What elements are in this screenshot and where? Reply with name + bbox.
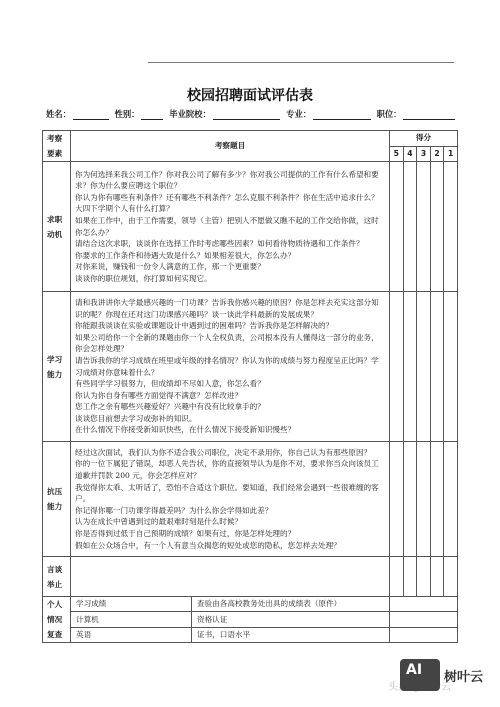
info-label: 专业： [286,108,311,120]
personal-check-result-cell[interactable] [390,597,458,612]
score-cell[interactable] [390,292,404,442]
personal-check-category: 个人情况复查 [43,597,71,643]
watermark: 头条 @树叶云 AI 树叶云 [398,656,498,696]
score-column-header: 4 [403,146,417,162]
personal-check-item: 英语 [71,627,192,642]
question-text: 有些同学学习很努力，但成绩却不尽如人意，你怎么看？ [75,378,386,390]
question-text: 你记得你哪一门功课学得最差吗？为什么你会学得如此差？ [75,505,386,517]
score-cell[interactable] [444,557,458,597]
question-text: 谈谈你的职位规划，你打算如何实现它。 [75,273,386,285]
section-questions: 请和我讲讲你大学最感兴趣的一门功课？告诉我你感兴趣的原因？你是怎样去充实这部分知… [71,292,390,442]
score-cell[interactable] [430,162,444,292]
personal-check-row: 计算机资格认证 [43,612,458,627]
evaluation-table: 考察要素 考察题目 得分 54321 求职动机你为何选择来我公司工作？你对我公司… [42,130,458,643]
section-row: 抗压能力经过这次面试，我们认为你不适合我公司职位，决定不录用你，你自己认为有那些… [43,442,458,557]
score-cell[interactable] [417,442,431,557]
header-score: 得分 [390,131,458,147]
question-text: 如果公司给你一个全新的课题由你一个人全权负责，公司根本没有人懂得这一部分的业务，… [75,332,386,355]
info-label: 职位： [377,108,402,120]
question-text: 谈谈您目前想去学习或弥补的知识。 [75,413,386,425]
question-text: 你是否得到过低于自己预期的成绩？如果有过，你是怎样处理的？ [75,528,386,540]
question-text: 请结合这次求职，谈谈你在选择工作时考虑哪些因素？如何看待物质待遇和工作条件？ [75,238,386,250]
info-label: 毕业院校： [169,108,211,120]
section-questions [71,557,390,597]
score-cell[interactable] [403,557,417,597]
header-question: 考察题目 [71,131,390,162]
section-row: 求职动机你为何选择来我公司工作？你对我公司了解有多少？你对我公司提供的工作有什么… [43,162,458,292]
header-category: 考察要素 [43,131,71,162]
info-blank-field[interactable] [403,110,455,120]
question-text: 假如在公众场合中，有一个人有意当众揭您的短处或您的隐私，您怎样去处理？ [75,540,386,552]
question-text: 你认为你自身有哪些方面觉得不满意？怎样改进？ [75,390,386,402]
info-blank-field[interactable] [73,110,109,120]
watermark-brand: 树叶云 [444,666,483,685]
score-cell[interactable] [430,442,444,557]
question-text: 我觉得你太乖、太听话了，恐怕不合适这个职位。要知道，我们经常会遇到一些很难缠的客… [75,482,386,505]
personal-check-item: 计算机 [71,612,192,627]
score-column-header: 3 [417,146,431,162]
personal-check-row: 英语证书，口语水平 [43,627,458,642]
section-category: 学习能力 [43,292,71,442]
question-text: 请和我讲讲你大学最感兴趣的一门功课？告诉我你感兴趣的原因？你是怎样去充实这部分知… [75,297,386,320]
question-text: 你的一位下属犯了错误，却恶人先告状，你的直接领导认为是你不对，要求你当众向该员工… [75,458,386,481]
info-blank-field[interactable] [313,110,370,120]
section-questions: 经过这次面试，我们认为你不适合我公司职位，决定不录用你，你自己认为有那些原因？你… [71,442,390,557]
personal-check-method: 资格认证 [192,612,390,627]
score-cell[interactable] [390,442,404,557]
section-category: 抗压能力 [43,442,71,557]
score-cell[interactable] [403,442,417,557]
question-text: 你能跟我谈谈在实验或课题设计中遇到过的困难吗？告诉我你是怎样解决的？ [75,320,386,332]
personal-check-method: 查验由各高校教务处出具的成绩表（原件） [192,597,390,612]
score-cell[interactable] [390,162,404,292]
personal-check-result-cell[interactable] [390,612,458,627]
question-text: 你认为你有哪些有利条件？还有哪些不利条件？怎么克服不利条件？你在生活中追求什么？… [75,192,386,215]
info-blank-field[interactable] [141,110,163,120]
score-column-header: 2 [430,146,444,162]
question-text: 你为何选择来我公司工作？你对我公司了解有多少？你对我公司提供的工作有什么希望和要… [75,169,386,192]
section-row: 学习能力请和我讲讲你大学最感兴趣的一门功课？告诉我你感兴趣的原因？你是怎样去充实… [43,292,458,442]
info-label: 姓名： [46,108,71,120]
question-text: 如果在工作中，由于工作需要，领导（主管）把别人不愿做又瞧不起的工作交给你做，这时… [75,215,386,238]
question-text: 经过这次面试，我们认为你不适合我公司职位，决定不录用你，你自己认为有那些原因？ [75,447,386,459]
question-text: 在什么情况下你接受新知识快些，在什么情况下接受新知识慢些？ [75,424,386,436]
score-column-header: 1 [444,146,458,162]
score-column-header: 5 [390,146,404,162]
score-cell[interactable] [430,292,444,442]
personal-check-method: 证书，口语水平 [192,627,390,642]
score-cell[interactable] [444,292,458,442]
score-cell[interactable] [444,442,458,557]
question-text: 认为在成长中曾遇到过的最艰难时刻是什么时候？ [75,516,386,528]
info-blank-field[interactable] [213,110,280,120]
score-cell[interactable] [417,162,431,292]
info-label: 性别： [115,108,140,120]
score-cell[interactable] [403,162,417,292]
question-text: 你要求的工作条件和待遇大致是什么？如果相差很大，你怎么办？ [75,250,386,262]
personal-check-result-cell[interactable] [390,627,458,642]
question-text: 请告诉我你的学习成绩在班里或年级的排名情况？你认为你的成绩与努力程度呈正比吗？学… [75,355,386,378]
score-cell[interactable] [417,292,431,442]
section-row: 言谈举止 [43,557,458,597]
score-cell[interactable] [390,557,404,597]
personal-check-row: 个人情况复查学习成绩查验由各高校教务处出具的成绩表（原件） [43,597,458,612]
score-cell[interactable] [430,557,444,597]
section-category: 求职动机 [43,162,71,292]
score-cell[interactable] [444,162,458,292]
score-cell[interactable] [403,292,417,442]
question-text: 您工作之余有哪些兴趣爱好？兴趣中有没有比较拿手的？ [75,401,386,413]
score-cell[interactable] [417,557,431,597]
personal-check-item: 学习成绩 [71,597,192,612]
section-category: 言谈举止 [43,557,71,597]
question-text: 对你来说，赚钱和一份令人满意的工作，那一个更重要？ [75,261,386,273]
ai-logo-icon: AI [400,659,440,691]
header-rule [148,62,454,63]
section-questions: 你为何选择来我公司工作？你对我公司了解有多少？你对我公司提供的工作有什么希望和要… [71,162,390,292]
document-title: 校园招聘面试评估表 [0,85,500,105]
candidate-info-line: 姓名：性别：毕业院校：专业：职位： [46,108,461,120]
